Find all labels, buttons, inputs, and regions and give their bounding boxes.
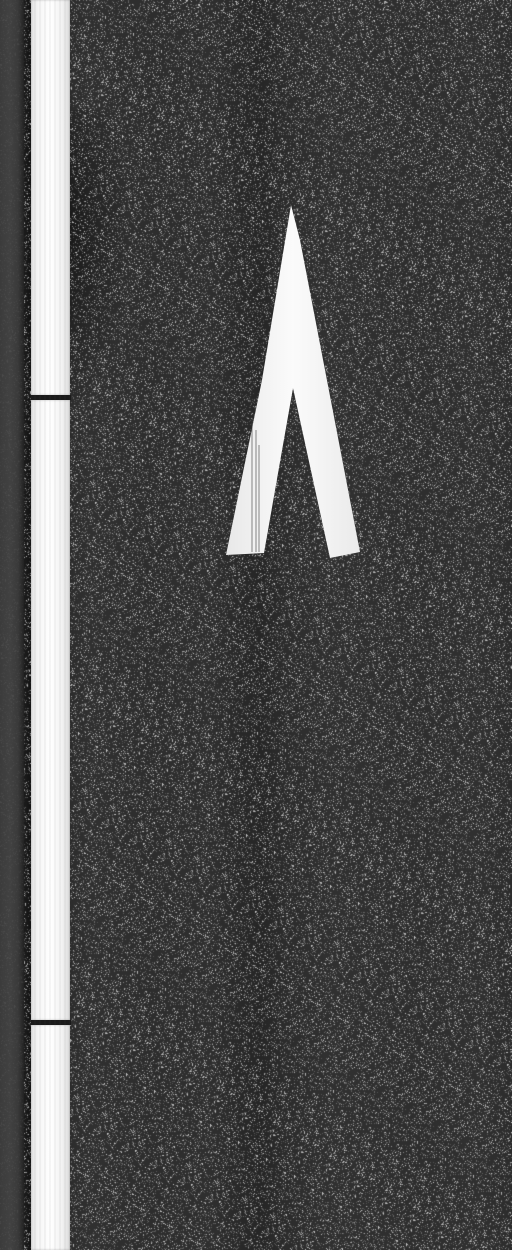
chevron-arrow-shape [226,205,360,558]
road-surface [0,0,512,1250]
arrow-marking-icon [0,0,512,1250]
